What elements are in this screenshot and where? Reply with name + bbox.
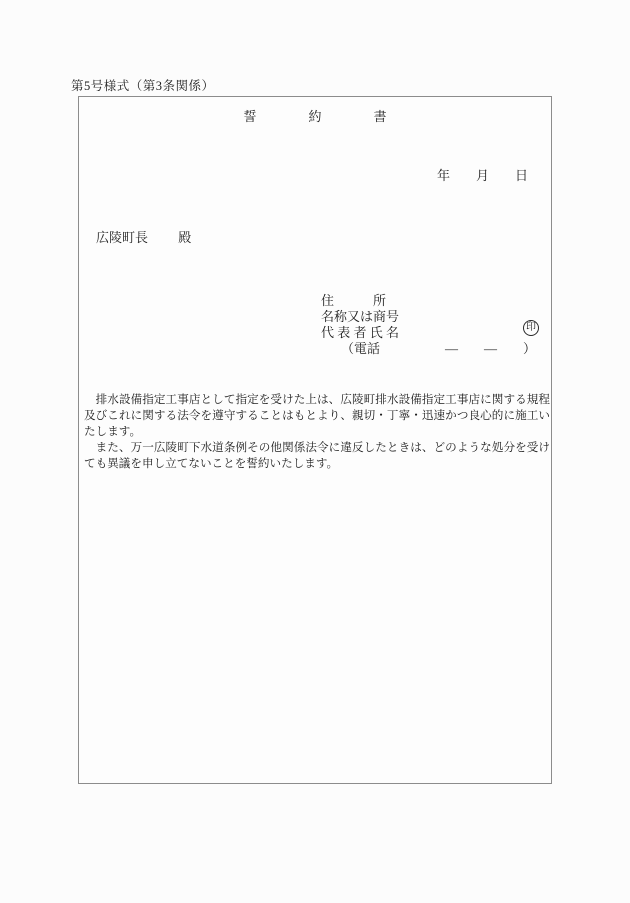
pledge-paragraph-2-line-2: ても異議を申し立てないことを誓約いたします。	[84, 456, 550, 472]
address-label: 住 所	[321, 293, 536, 309]
addressee-name: 広陵町長	[96, 230, 148, 245]
pledge-paragraph-1-line-2: 及びこれに関する法令を遵守することはもとより、親切・丁寧・迅速かつ良心的に施工い	[84, 408, 550, 424]
document-page: 第5号様式（第3条関係） 誓 約 書 年 月 日 広陵町長 殿 住 所 名称又は…	[0, 0, 630, 903]
pledge-paragraph-1-line-1: 排水設備指定工事店として指定を受けた上は、広陵町排水設備指定工事店に関する規程	[84, 392, 550, 408]
company-name-label: 名称又は商号	[321, 309, 536, 325]
form-number-label: 第5号様式（第3条関係）	[71, 78, 215, 94]
seal-mark: 印	[523, 320, 539, 336]
phone-line: （電話 ― ― ）	[341, 341, 536, 357]
seal-character: 印	[526, 323, 536, 333]
document-title: 誓 約 書	[79, 109, 551, 125]
pledge-form-box: 誓 約 書 年 月 日 広陵町長 殿 住 所 名称又は商号 代 表 者 氏 名 …	[78, 96, 552, 784]
addressee-honorific: 殿	[178, 230, 191, 245]
addressee-line: 広陵町長 殿	[96, 230, 191, 246]
pledge-paragraph-2-line-1: また、万一広陵町下水道条例その他関係法令に違反したときは、どのような処分を受け	[84, 440, 550, 456]
pledge-paragraph-1-line-3: たします。	[84, 424, 550, 440]
signature-block: 住 所 名称又は商号 代 表 者 氏 名 （電話 ― ― ）	[321, 293, 536, 357]
pledge-body: 排水設備指定工事店として指定を受けた上は、広陵町排水設備指定工事店に関する規程 …	[84, 392, 550, 472]
representative-name-label: 代 表 者 氏 名	[321, 325, 536, 341]
date-line: 年 月 日	[79, 168, 551, 184]
